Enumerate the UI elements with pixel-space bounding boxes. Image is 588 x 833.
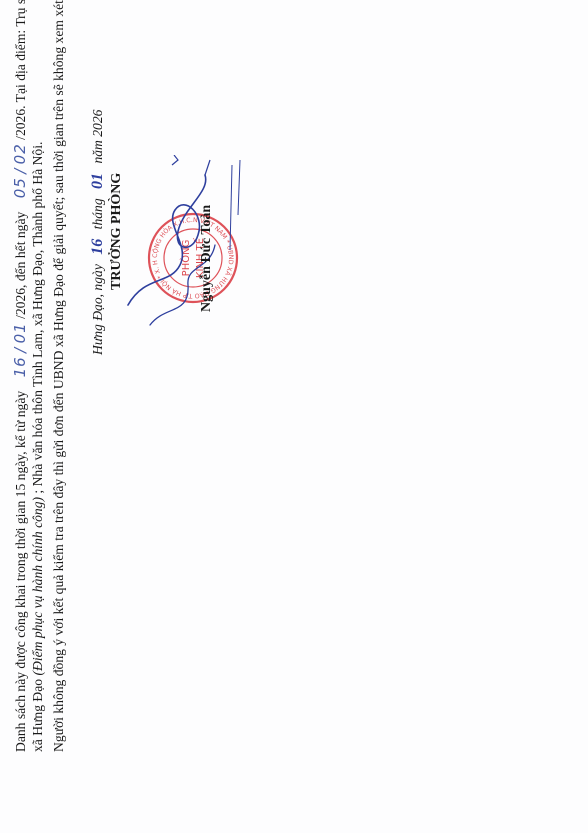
end-month-handwritten: 02	[11, 143, 29, 164]
end-day-handwritten: 05	[11, 177, 29, 198]
start-day-handwritten: 16	[11, 356, 29, 377]
notice-line-2-italic: (Điểm phục vụ hành chính công)	[30, 497, 45, 676]
date-day-handwritten: 16	[89, 239, 106, 255]
date-year-label: năm 2026	[90, 110, 105, 164]
notice-line-1: Danh sách này được công khai trong thời …	[13, 0, 28, 752]
notice-line-2: xã Hưng Đạo (Điểm phục vụ hành chính côn…	[31, 142, 45, 752]
notice-line-3: Người không đồng ý với kết quả kiểm tra …	[49, 0, 67, 752]
signature-date: Hưng Đạo, ngày 16 tháng 01 năm 2026	[90, 110, 106, 355]
start-year-text: /2026, đến hết ngày	[13, 212, 28, 319]
date-month-label: tháng	[90, 198, 105, 229]
notice-line-3-text: Người không đồng ý với kết quả kiểm tra …	[51, 0, 66, 752]
notice-line-2-prefix: xã Hưng Đạo	[30, 679, 45, 752]
start-month-handwritten: 01	[11, 322, 29, 343]
notice-line-1-prefix: Danh sách này được công khai trong thời …	[13, 391, 28, 752]
date-separator: /	[11, 168, 29, 174]
date-separator: /	[11, 347, 29, 353]
date-month-handwritten: 01	[89, 173, 106, 189]
signer-name: Nguyễn Đức Toàn	[200, 205, 214, 312]
end-year-text: /2026. Tại địa điểm: Trụ sở UBND	[13, 0, 28, 140]
notice-line-2-suffix: ; Nhà văn hóa thôn Tình Lam, xã Hưng Đạo…	[30, 142, 45, 494]
date-prefix: Hưng Đạo, ngày	[90, 264, 105, 355]
handwritten-signature-icon	[110, 155, 250, 340]
